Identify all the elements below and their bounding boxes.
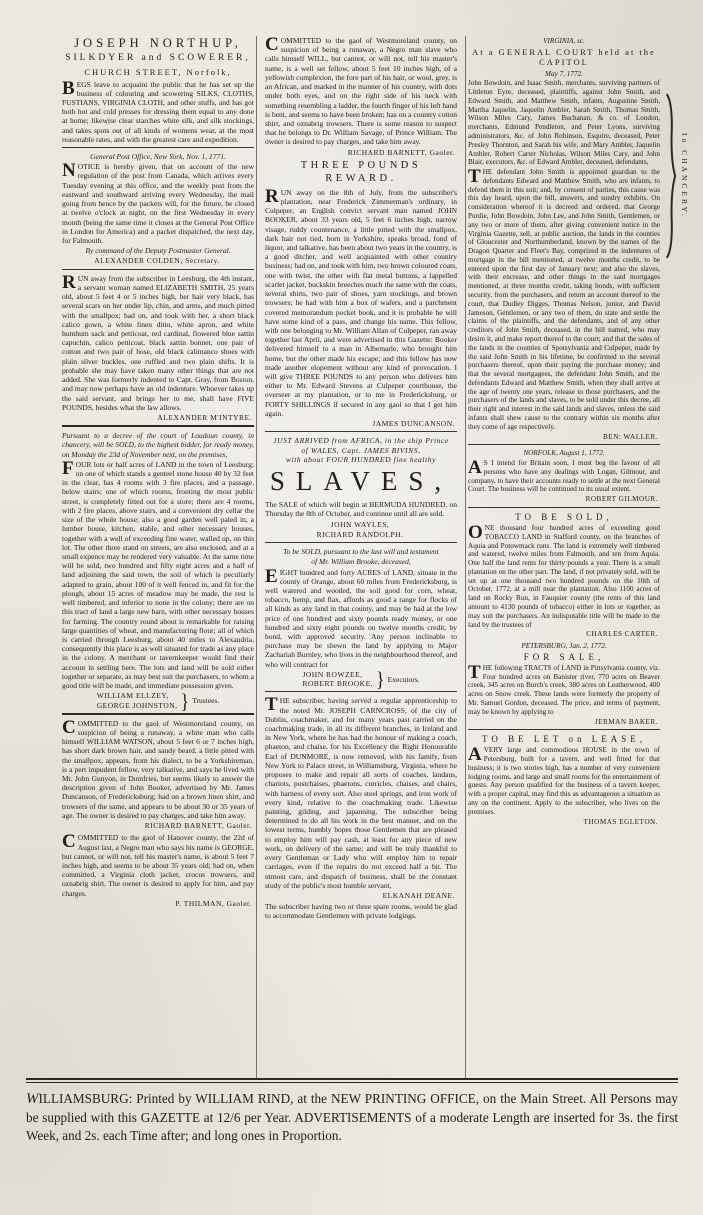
ad-body: FOUR lots or half acres of LAND in the t…	[62, 460, 254, 690]
ad-subtitle: SILKDYER and SCOWERER,	[62, 53, 254, 65]
ad-committed-will: COMMITTED to the gaol of Westmoreland co…	[265, 36, 457, 157]
brace-icon: }	[376, 669, 385, 690]
ad-signature: ELKANAH DEANE.	[265, 891, 455, 900]
decree-body: THE defendant John Smith is appointed gu…	[468, 168, 660, 431]
divider-rule	[468, 444, 660, 445]
ad-stafford-tobacco-land: TO BE SOLD, ONE thousand four hundred ac…	[468, 512, 660, 639]
signature-name: JOHN ROWZEE,	[302, 670, 373, 679]
divider-rule	[265, 431, 457, 432]
ad-body: ONE thousand four hundred acres of excee…	[468, 524, 660, 629]
ad-body: AS I intend for Britain soon, I must beg…	[468, 459, 660, 494]
ad-heading-line: JUST ARRIVED from AFRICA, in the ship Pr…	[265, 436, 457, 445]
ad-loudoun-land-sale: Pursuant to a decree of the court of Lou…	[62, 431, 254, 710]
ad-body: RUN away from the subscriber in Leesburg…	[62, 274, 254, 412]
ad-body: THE subscriber, having served a regular …	[265, 696, 457, 890]
ad-signature: THOMAS EGLETON.	[468, 818, 658, 827]
ad-body: EIGHT hundred and forty ACRES of LAND, s…	[265, 568, 457, 669]
ad-northup-silkdyer: JOSEPH NORTHUP, SILKDYER and SCOWERER, C…	[62, 36, 254, 144]
signature-name: ROBERT BROOKE,	[302, 679, 373, 688]
column-left: JOSEPH NORTHUP, SILKDYER and SCOWERER, C…	[62, 36, 254, 1078]
signature-names: WILLIAM ELLZEY, GEORGE JOHNSTON,	[97, 691, 178, 709]
brace-icon: }	[181, 690, 190, 711]
ad-signature: P. THILMAN, Gaoler.	[62, 899, 252, 908]
divider-rule	[62, 425, 254, 427]
divider-rule	[468, 507, 660, 508]
ad-body: BEGS leave to acquaint the public that h…	[62, 80, 254, 145]
ad-body: RUN away on the 8th of July, from the su…	[265, 188, 457, 418]
braced-signature: WILLIAM ELLZEY, GEORGE JOHNSTON, } Trust…	[62, 691, 254, 709]
ad-signature: JAMES DUNCANSON.	[265, 419, 455, 428]
ad-petersburg-land: PETERSBURG, Jan. 2, 1772. FOR SALE, THE …	[468, 642, 660, 726]
court-date: May 7, 1772.	[468, 70, 660, 79]
ad-dateline: of Mr. William Brooke, deceased,	[265, 557, 457, 566]
brace-icon	[665, 92, 677, 260]
ad-dateline: Pursuant to a decree of the court of Lou…	[62, 431, 254, 459]
signature-name: WILLIAM ELLZEY,	[97, 691, 178, 700]
signature-role: Executors.	[388, 675, 420, 684]
ad-slave-sale: JUST ARRIVED from AFRICA, in the ship Pr…	[265, 436, 457, 539]
general-court-notice: VIRGINIA, sc. At a GENERAL COURT held at…	[468, 37, 660, 441]
ad-body: The SALE of which will begin at BERMUDA …	[265, 500, 457, 518]
ad-byline: By command of the Deputy Postmaster Gene…	[62, 246, 254, 255]
ad-heading: THREE POUNDS REWARD.	[265, 160, 457, 186]
ad-dateline: PETERSBURG, Jan. 2, 1772.	[468, 642, 660, 651]
ad-title: JOSEPH NORTHUP,	[62, 36, 254, 51]
ad-signature: RICHARD RANDOLPH.	[265, 530, 455, 539]
chancery-label: In CHANCERY.	[680, 133, 689, 219]
decree-signature: BEN: WALLER.	[468, 433, 658, 442]
divider-rule	[62, 269, 254, 270]
ad-body: COMMITTED to the gaol of Westmoreland co…	[62, 719, 254, 820]
ad-signature: JERMAN BAKER.	[468, 718, 658, 727]
ad-committed-george: COMMITTED to the gaol of Hanover county,…	[62, 833, 254, 908]
divider-rule	[265, 691, 457, 692]
ad-signature: CHARLES CARTER.	[468, 630, 658, 639]
ad-signature: RICHARD BARNETT, Gaoler.	[62, 821, 252, 830]
divider-rule	[265, 542, 457, 543]
imprint-block: WILLIAMSBURG: Printed by WILLIAM RIND, a…	[26, 1078, 678, 1145]
ad-signature: ROBERT GILMOUR.	[468, 495, 658, 504]
ad-signature: ALEXANDER M'INTYRE.	[62, 413, 252, 422]
ad-signature: JOHN WAYLES,	[265, 520, 455, 529]
ad-heading-line: of WALES, Capt. JAMES BIVINS,	[265, 446, 457, 455]
case-caption: John Bowdoin, and Isaac Smith, merchants…	[468, 79, 660, 167]
ad-heading: FOR SALE,	[468, 652, 660, 663]
ad-coachmaker-deane: THE subscriber, having served a regular …	[265, 696, 457, 920]
ad-body: NOTICE is hereby given, that on account …	[62, 162, 254, 245]
divider-rule	[62, 713, 254, 715]
page-columns: JOSEPH NORTHUP, SILKDYER and SCOWERER, C…	[62, 36, 662, 1078]
ad-display-word: SLAVES,	[265, 465, 457, 498]
ad-brooke-land: To be SOLD, pursuant to the last will an…	[265, 547, 457, 688]
ad-signature: ALEXANDER COLDEN, Secretary.	[62, 256, 252, 265]
divider-rule	[62, 147, 254, 148]
ad-runaway-elizabeth-smith: RUN away from the subscriber in Leesburg…	[62, 274, 254, 423]
ad-dateline: To be SOLD, pursuant to the last will an…	[265, 547, 457, 556]
ad-three-pounds-reward: THREE POUNDS REWARD. RUN away on the 8th…	[265, 160, 457, 429]
signature-name: GEORGE JOHNSTON,	[97, 701, 178, 710]
imprint-double-rule-top	[26, 1078, 678, 1080]
ad-dateline: General Post Office, New York, Nov. 1, 1…	[62, 152, 254, 161]
imprint-double-rule-bottom	[26, 1082, 678, 1083]
ad-norfolk-gilmour: NORFOLK, August 1, 1772. AS I intend for…	[468, 449, 660, 504]
ad-heading: TO BE LET on LEASE,	[468, 734, 660, 745]
ad-dateline: NORFOLK, August 1, 1772.	[468, 449, 660, 458]
ad-body: A VERY large and commodious HOUSE in the…	[468, 746, 660, 816]
ad-body: THE following TRACTS of LAND in Pittsylv…	[468, 664, 660, 717]
ad-postscript: The subscriber having two or three spare…	[265, 902, 457, 920]
court-heading: At a GENERAL COURT held at the CAPITOL	[468, 47, 660, 68]
ad-heading-line: with about FOUR HUNDRED fine healthy	[265, 455, 457, 464]
imprint-text: WILLIAMSBURG: Printed by WILLIAM RIND, a…	[26, 1089, 678, 1145]
braced-signature: JOHN ROWZEE, ROBERT BROOKE, } Executors.	[265, 670, 457, 688]
column-right: VIRGINIA, sc. At a GENERAL COURT held at…	[468, 36, 660, 1078]
court-jurisdiction: VIRGINIA, sc.	[468, 37, 660, 46]
signature-names: JOHN ROWZEE, ROBERT BROOKE,	[302, 670, 373, 688]
ad-post-office-notice: General Post Office, New York, Nov. 1, 1…	[62, 152, 254, 266]
ad-committed-watson: COMMITTED to the gaol of Westmoreland co…	[62, 719, 254, 831]
ad-heading: TO BE SOLD,	[468, 512, 660, 523]
column-middle: COMMITTED to the gaol of Westmoreland co…	[256, 36, 466, 1078]
signature-role: Trustees.	[192, 696, 219, 705]
ad-tavern-lease: TO BE LET on LEASE, A VERY large and com…	[468, 734, 660, 826]
ad-signature: RICHARD BARNETT, Gaoler.	[265, 148, 455, 157]
newspaper-page: JOSEPH NORTHUP, SILKDYER and SCOWERER, C…	[0, 0, 703, 1215]
ad-address: CHURCH STREET, Norfolk,	[62, 67, 254, 77]
divider-rule	[468, 729, 660, 730]
chancery-sidenote: In CHANCERY.	[665, 92, 689, 260]
ad-body: COMMITTED to the gaol of Hanover county,…	[62, 833, 254, 898]
ad-body: COMMITTED to the gaol of Westmoreland co…	[265, 36, 457, 147]
